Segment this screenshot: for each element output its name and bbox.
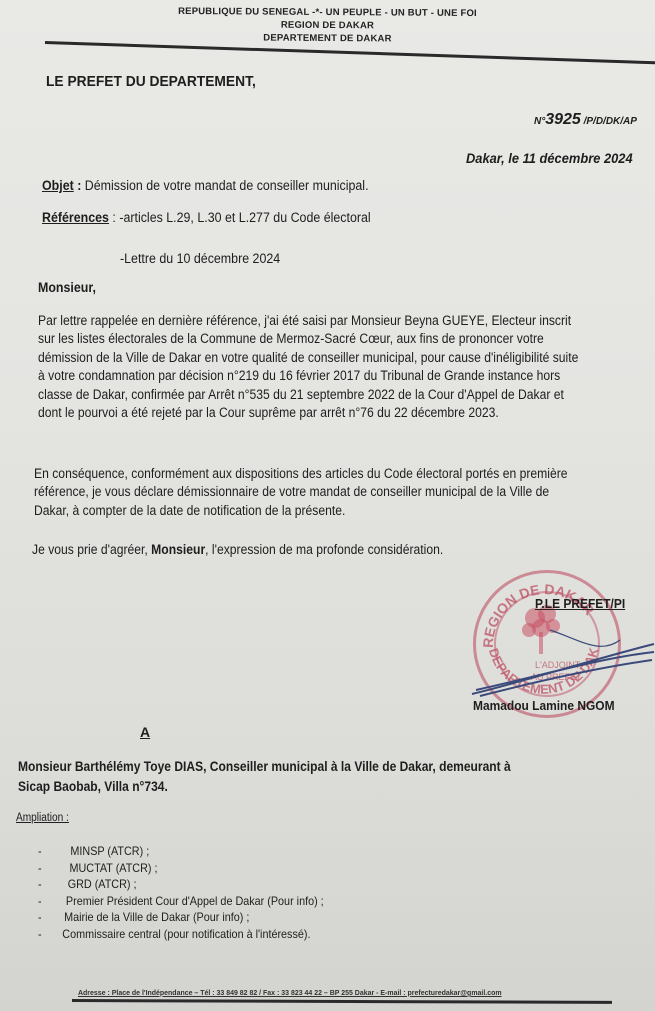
ampliation-item-text: Premier Président Cour d'Appel de Dakar … (61, 894, 323, 908)
list-item: -Mairie de la Ville de Dakar (Pour info)… (38, 909, 324, 926)
list-item: -Premier Président Cour d'Appel de Dakar… (38, 893, 324, 910)
closing-text-end: , l'expression de ma profonde considérat… (205, 542, 443, 557)
reference-prefix: N° (534, 116, 545, 127)
closing-text-start: Je vous prie d'agréer, (32, 542, 151, 557)
ampliation-item-text: GRD (ATCR) ; (61, 877, 136, 891)
paragraph-line: classe de Dakar, confirmée par Arrêt n°5… (38, 386, 632, 404)
paragraph-line: démission de la Ville de Dakar en votre … (38, 349, 632, 367)
footer-divider (72, 999, 612, 1003)
object-label: Objet (42, 178, 74, 193)
list-item: -MUCTAT (ATCR) ; (38, 860, 324, 877)
scanned-letter-page: REPUBLIQUE DU SENEGAL -*- UN PEUPLE - UN… (0, 0, 655, 1011)
paragraph-line: sur les listes électorales de la Commune… (38, 330, 632, 348)
issuer-title: LE PREFET DU DEPARTEMENT, (46, 73, 256, 90)
handwritten-signature-icon (470, 610, 655, 700)
recipient-line-2: Sicap Baobab, Villa n°734. (18, 776, 511, 796)
reference-item-1: -articles L.29, L.30 et L.277 du Code él… (119, 210, 370, 225)
paragraph-line: à votre condamnation par décision n°219 … (38, 367, 632, 385)
body-paragraph-1: Par lettre rappelée en dernière référenc… (38, 312, 632, 422)
list-item: -GRD (ATCR) ; (38, 876, 324, 893)
references-label: Références (42, 210, 109, 225)
signatory-title: P.LE PREFET/PI (535, 596, 625, 611)
signatory-name: Mamadou Lamine NGOM (473, 698, 615, 713)
paragraph-line: référence, je vous déclare démissionnair… (34, 483, 628, 501)
reference-item-2: -Lettre du 10 décembre 2024 (120, 249, 280, 269)
ampliation-list: -MINSP (ATCR) ; -MUCTAT (ATCR) ; -GRD (A… (38, 843, 355, 942)
closing-text-bold: Monsieur (151, 542, 205, 557)
recipient-address: Monsieur Barthélémy Toye DIAS, Conseille… (18, 756, 511, 796)
references-line: Références : -articles L.29, L.30 et L.2… (42, 208, 371, 228)
ampliation-label: Ampliation : (16, 812, 69, 824)
object-text: Démission de votre mandat de conseiller … (85, 178, 369, 193)
body-paragraph-2: En conséquence, conformément aux disposi… (34, 465, 628, 520)
footer-contact: Adresse : Place de l'Indépendance – Tél … (78, 988, 502, 997)
object-line: Objet : Démission de votre mandat de con… (42, 176, 369, 196)
salutation: Monsieur, (38, 278, 96, 298)
closing-formula: Je vous prie d'agréer, Monsieur, l'expre… (32, 542, 443, 557)
references-separator: : (109, 210, 119, 225)
reference-value: 3925 (545, 111, 581, 128)
list-item: -MINSP (ATCR) ; (38, 843, 324, 860)
ampliation-item-text: MINSP (ATCR) ; (61, 844, 149, 858)
recipient-line-1: Monsieur Barthélémy Toye DIAS, Conseille… (18, 756, 511, 776)
reference-number: N°3925 /P/D/DK/AP (534, 111, 637, 129)
ampliation-item-text: MUCTAT (ATCR) ; (61, 861, 157, 875)
list-item: -Commissaire central (pour notification … (38, 926, 324, 943)
paragraph-line: Dakar, à compter de la date de notificat… (34, 502, 628, 520)
reference-suffix: /P/D/DK/AP (581, 116, 637, 127)
ampliation-item-text: Commissaire central (pour notification à… (61, 927, 310, 941)
ampliation-item-text: Mairie de la Ville de Dakar (Pour info) … (61, 910, 249, 924)
paragraph-line: Par lettre rappelée en dernière référenc… (38, 312, 632, 330)
object-separator: : (74, 178, 85, 193)
paragraph-line: dont le pourvoi a été rejeté par la Cour… (38, 404, 632, 422)
paragraph-line: En conséquence, conformément aux disposi… (34, 465, 628, 483)
recipient-heading: A (140, 724, 150, 740)
place-date: Dakar, le 11 décembre 2024 (466, 150, 633, 166)
